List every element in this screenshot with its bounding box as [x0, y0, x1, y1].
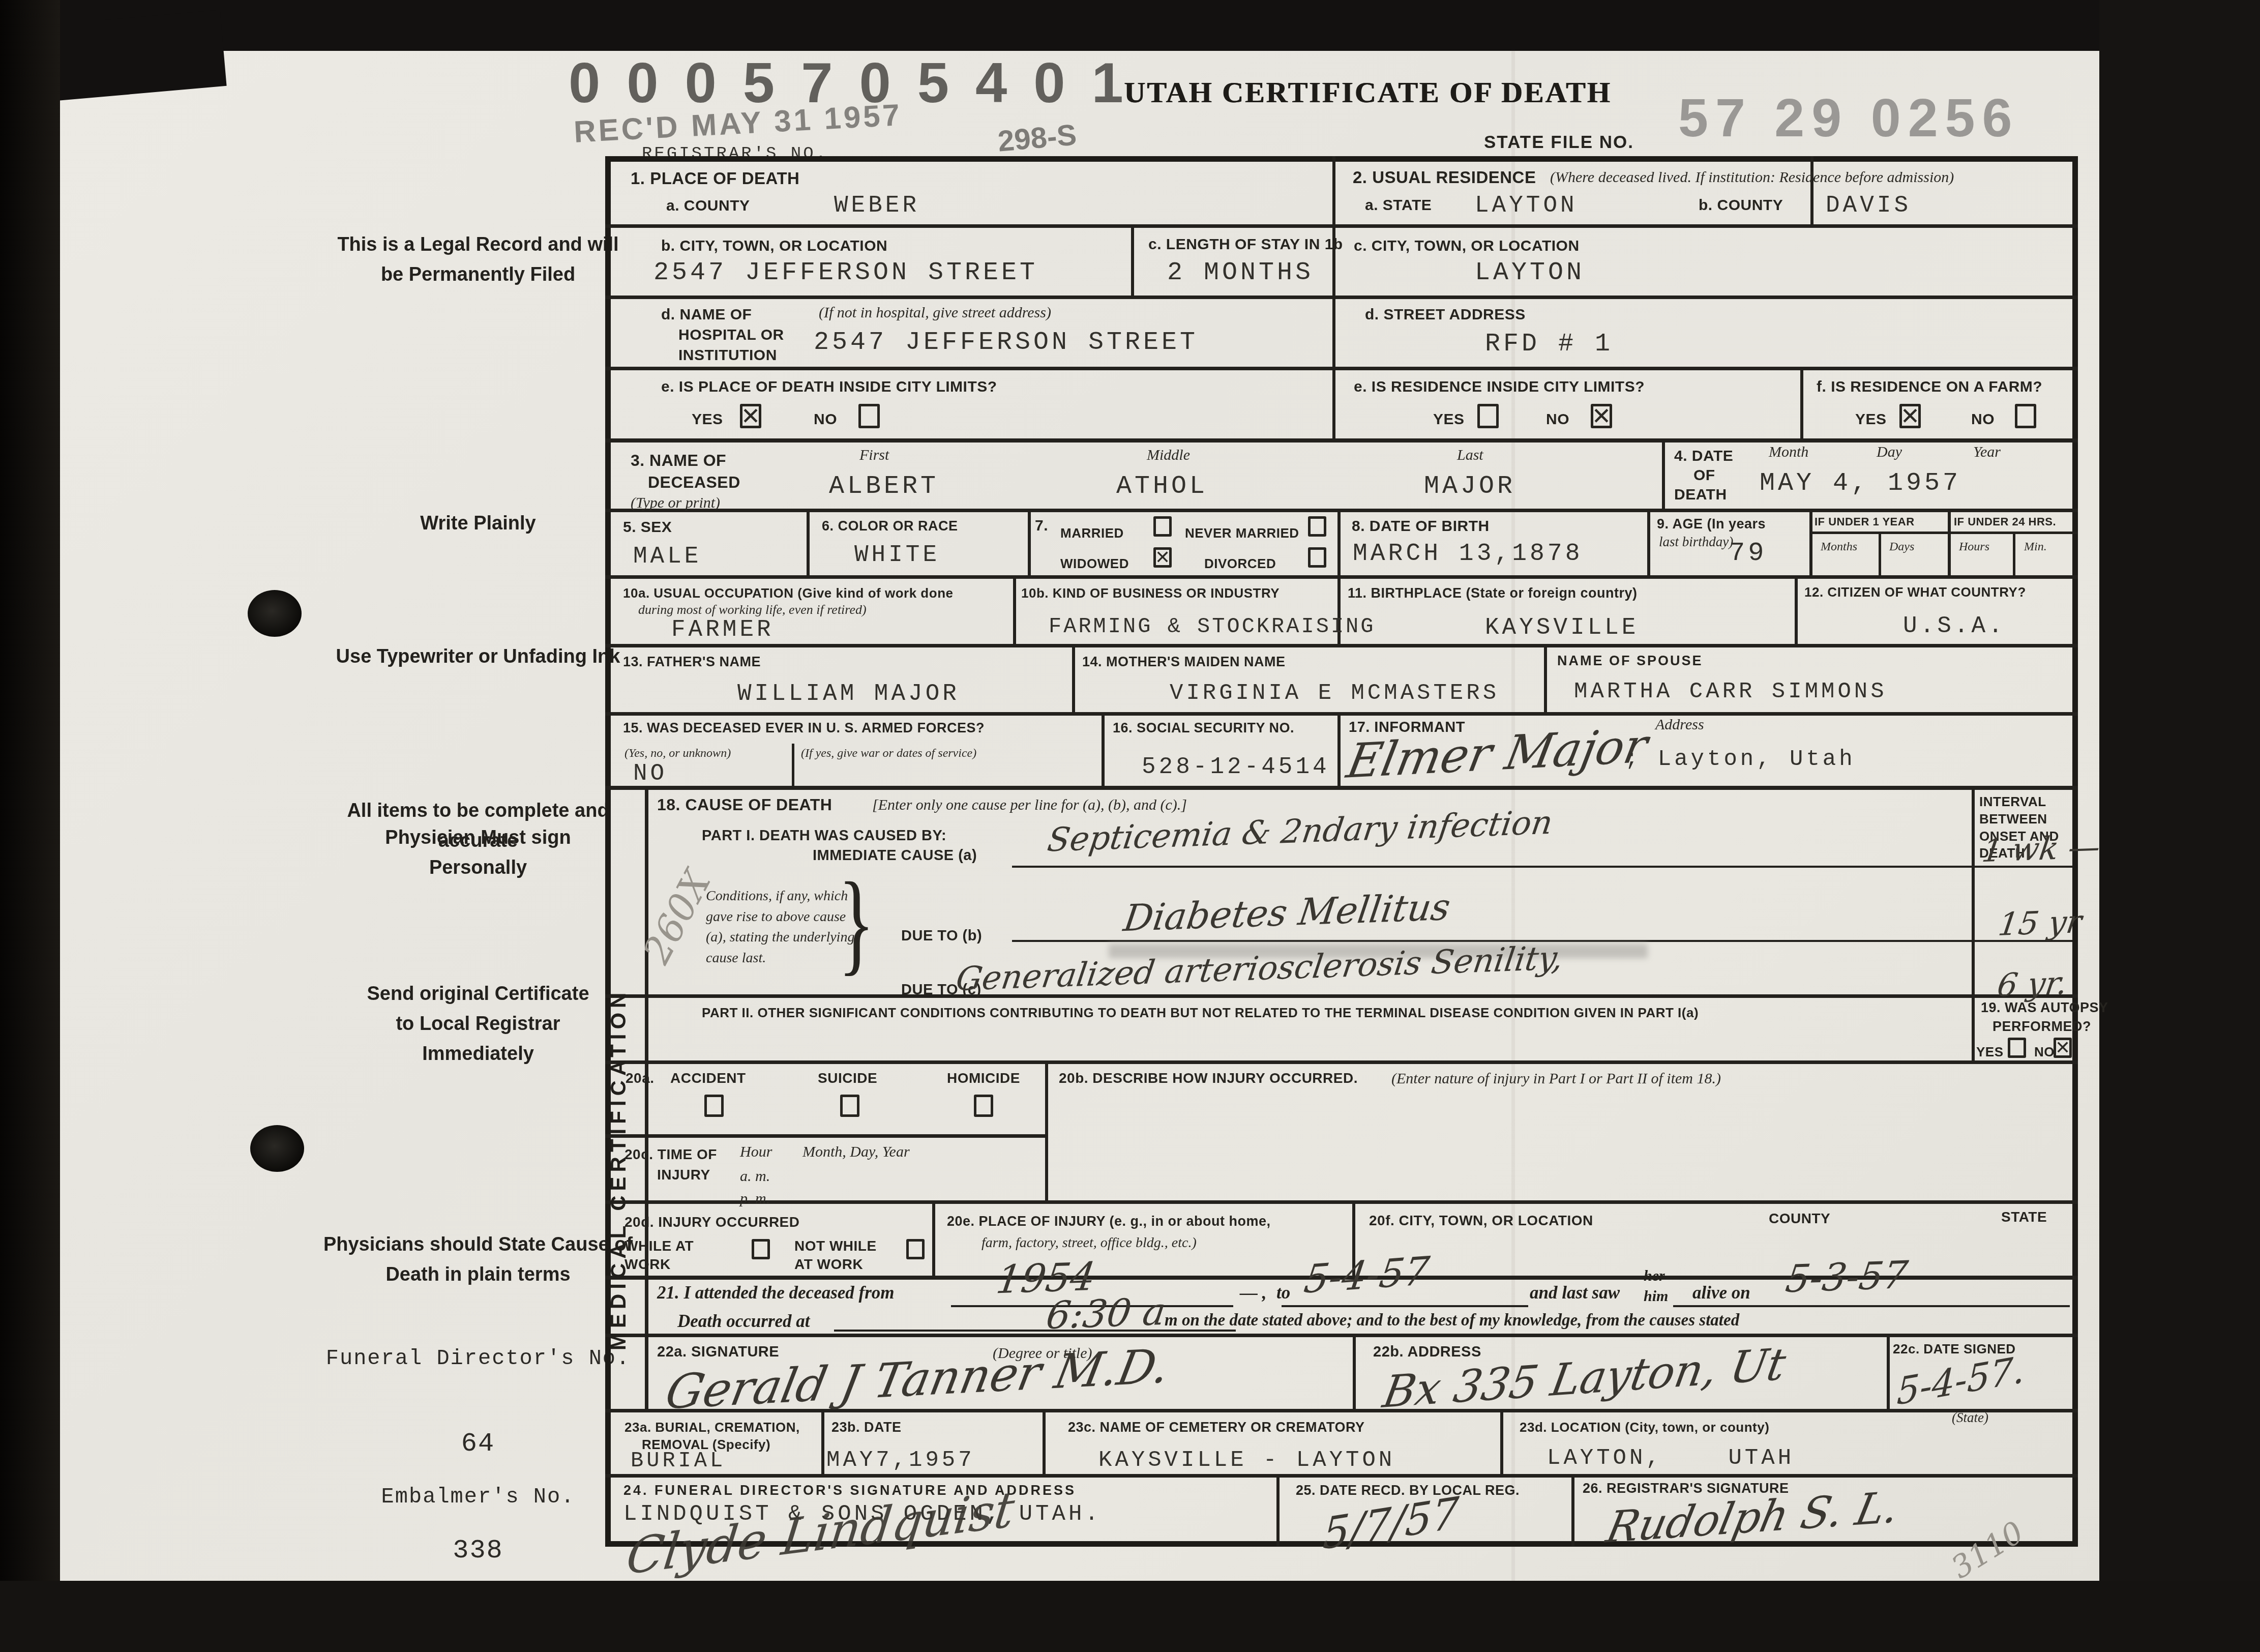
farm-label: f. IS RESIDENCE ON A FARM? — [1817, 377, 2042, 397]
hospital-label-1: d. NAME OF — [661, 305, 752, 324]
father-name-label: 13. FATHER'S NAME — [623, 654, 761, 671]
month-label: Month — [1769, 444, 1808, 461]
scanned-death-certificate: 0005705401 REC'D MAY 31 1957 298-S REGIS… — [0, 0, 2260, 1652]
divider-line — [605, 1134, 1048, 1138]
attended-to-handwriting: 5-4-57 — [1301, 1248, 1432, 1302]
first-name-label: First — [859, 447, 889, 464]
length-of-stay-label: c. LENGTH OF STAY IN 1b — [1148, 235, 1343, 254]
suicide-checkbox — [840, 1095, 859, 1117]
armed-forces-hint-2: (If yes, give war or dates of service) — [801, 747, 976, 760]
mother-name-label: 14. MOTHER'S MAIDEN NAME — [1082, 654, 1285, 671]
interval-c-handwriting: 6 yr. — [1995, 964, 2070, 1004]
burial-location-label: 23d. LOCATION (City, town, or county) — [1520, 1419, 1769, 1436]
alive-on-text: alive on — [1692, 1283, 1750, 1303]
city-value: 2547 JEFFERSON STREET — [653, 258, 1038, 287]
work-label: WORK — [625, 1255, 671, 1273]
divider-line — [1332, 156, 1335, 438]
days-label: Days — [1889, 540, 1914, 554]
state-file-number: 57 29 0256 — [1678, 87, 2019, 149]
time-of-injury-label-1: 20c. TIME OF — [625, 1145, 717, 1163]
divider-line — [605, 786, 2078, 790]
divider-line — [1887, 1334, 1890, 1409]
ssn-label: 16. SOCIAL SECURITY NO. — [1113, 720, 1294, 737]
injury-state-label: STATE — [2001, 1208, 2047, 1226]
divider-line — [1131, 224, 1134, 296]
date-of-death-label-3: DEATH — [1674, 485, 1727, 505]
film-edge-right — [2099, 0, 2260, 1652]
writing-line — [1012, 866, 2072, 868]
hospital-label-2: HOSPITAL OR — [678, 326, 784, 345]
divider-line — [1972, 786, 1975, 1060]
last-seen-date-handwriting: 5-3-57 — [1783, 1253, 1910, 1302]
due-to-b-label: DUE TO (b) — [901, 927, 982, 945]
res-no-label: NO — [1546, 410, 1569, 429]
residence-city-label: c. CITY, TOWN, OR LOCATION — [1354, 237, 1580, 256]
divider-line — [807, 509, 810, 575]
injury-occurred-label: 20b. DESCRIBE HOW INJURY OCCURRED. — [1059, 1069, 1358, 1087]
married-checkbox — [1153, 516, 1172, 537]
date-of-death-label-1: 4. DATE — [1674, 447, 1733, 466]
spouse-value: MARTHA CARR SIMMONS — [1574, 679, 1887, 704]
type-or-print-hint: (Type or print) — [631, 494, 720, 512]
divider-line — [1102, 712, 1105, 786]
injury-occurred-work-label: 20d. INJURY OCCURRED — [625, 1213, 800, 1231]
father-name-value: WILLIAM MAJOR — [737, 681, 960, 707]
usual-residence-hint: (Where deceased lived. If institution: R… — [1550, 169, 1954, 186]
divider-line — [792, 744, 794, 786]
date-of-death-label-2: OF — [1693, 466, 1715, 485]
divider-line — [605, 1334, 2078, 1337]
autopsy-no-checkbox: ✕ — [2054, 1038, 2072, 1058]
certificate-title: UTAH CERTIFICATE OF DEATH — [1124, 75, 1612, 109]
year-label: Year — [1973, 444, 2001, 461]
divider-line — [1662, 438, 1665, 509]
cause-of-death-hint: [Enter only one cause per line for (a), … — [872, 796, 1187, 814]
suicide-label: SUICIDE — [818, 1069, 877, 1087]
hour-label: Hour — [740, 1143, 772, 1161]
divider-line — [821, 1409, 824, 1474]
pod-no-label: NO — [814, 410, 837, 429]
margin-note-legal-record: This is a Legal Record and will be Perma… — [336, 230, 620, 290]
res-city-limits-label: e. IS RESIDENCE INSIDE CITY LIMITS? — [1354, 377, 1645, 397]
divider-line — [605, 509, 2078, 512]
autopsy-yes-label: YES — [1976, 1044, 2004, 1060]
street-address-value: RFD # 1 — [1485, 330, 1613, 359]
divider-line — [1544, 644, 1547, 712]
film-edge-bottom — [0, 1581, 2260, 1652]
hospital-label-3: INSTITUTION — [678, 346, 777, 365]
age-label-2: last birthday) — [1659, 534, 1733, 550]
citizen-label: 12. CITIZEN OF WHAT COUNTRY? — [1804, 584, 2026, 601]
embalmer-no-label: Embalmer's No. — [325, 1481, 631, 1513]
part1-label: PART I. DEATH WAS CAUSED BY: — [702, 827, 946, 845]
funeral-director-no-label: Funeral Director's No. — [325, 1343, 631, 1375]
divider-line — [1879, 532, 1881, 575]
length-of-stay-value: 2 MONTHS — [1167, 258, 1314, 287]
res-yes-checkbox — [1477, 404, 1499, 428]
burial-date-label: 23b. DATE — [831, 1419, 902, 1436]
while-at-label: WHILE AT — [625, 1237, 694, 1255]
divider-line — [605, 296, 2078, 299]
hospital-hint: (If not in hospital, give street address… — [819, 304, 1051, 321]
him-text: him — [1644, 1288, 1668, 1305]
residence-city-value: LAYTON — [1475, 258, 1585, 287]
residence-state-value: LAYTON — [1475, 192, 1578, 219]
cemetery-label: 23c. NAME OF CEMETERY OR CREMATORY — [1068, 1419, 1365, 1436]
street-address-label: d. STREET ADDRESS — [1365, 305, 1526, 324]
burial-label-1: 23a. BURIAL, CREMATION, — [625, 1419, 800, 1436]
death-time-handwriting: 6:30 a — [1044, 1290, 1169, 1338]
divider-line — [1810, 156, 1813, 224]
occupation-label-2: during most of working life, even if ret… — [638, 602, 867, 617]
armed-forces-hint-1: (Yes, no, or unknown) — [625, 747, 731, 760]
sex-label: 5. SEX — [623, 518, 672, 537]
divider-line — [1028, 509, 1031, 575]
divider-line — [605, 712, 2078, 716]
occupation-label-1: 10a. USUAL OCCUPATION (Give kind of work… — [623, 585, 953, 602]
accident-label: ACCIDENT — [670, 1069, 746, 1087]
film-edge-top — [0, 0, 2260, 51]
burial-date-value: MAY7,1957 — [826, 1448, 975, 1473]
date-of-birth-value: MARCH 13,1878 — [1353, 540, 1583, 568]
divider-line — [1948, 509, 1951, 575]
divider-line — [1013, 575, 1016, 644]
place-of-injury-label-1: 20e. PLACE OF INJURY (e. g., in or about… — [947, 1213, 1271, 1230]
middle-name-label: Middle — [1147, 447, 1190, 464]
conditions-brace: } — [838, 857, 875, 988]
punch-hole-top — [248, 590, 302, 637]
state-hint: (State) — [1952, 1410, 1988, 1426]
place-of-injury-label-2: farm, factory, street, office bldg., etc… — [982, 1235, 1197, 1251]
margin-note-plain-terms: Physicians should State Cause of Death i… — [305, 1230, 651, 1290]
residence-county-label: b. COUNTY — [1699, 196, 1783, 215]
autopsy-no-label: NO — [2034, 1044, 2055, 1060]
cause-of-death-title: 18. CAUSE OF DEATH — [657, 794, 832, 815]
city-label: b. CITY, TOWN, OR LOCATION — [661, 237, 887, 256]
divider-line — [1809, 532, 2077, 534]
margin-note-send-original: Send original Certificate to Local Regis… — [356, 979, 600, 1069]
farm-yes-label: YES — [1855, 410, 1887, 429]
margin-note-typewriter: Use Typewriter or Unfading Ink — [315, 642, 641, 672]
divider-line — [605, 224, 2078, 228]
medical-certification-label: MEDICAL CERTIFICATION — [606, 842, 631, 1350]
county-label: a. COUNTY — [666, 196, 750, 216]
farm-no-checkbox — [2015, 404, 2036, 428]
homicide-checkbox — [974, 1095, 993, 1117]
mother-name-value: VIRGINIA E MCMASTERS — [1170, 681, 1499, 706]
burial-value: BURIAL — [631, 1449, 726, 1473]
not-while-at-work-checkbox — [906, 1239, 925, 1259]
industry-value: FARMING & STOCKRAISING — [1049, 614, 1376, 639]
state-file-label: STATE FILE NO. — [1484, 131, 1634, 154]
cemetery-value: KAYSVILLE - LAYTON — [1098, 1448, 1395, 1473]
res-no-checkbox: ✕ — [1591, 404, 1612, 428]
divider-line — [2013, 532, 2015, 575]
under-24-hrs-label: IF UNDER 24 HRS. — [1954, 515, 2056, 529]
immediate-cause-label: IMMEDIATE CAUSE (a) — [813, 846, 977, 865]
pod-no-checkbox — [858, 404, 880, 428]
months-label: Months — [1821, 540, 1857, 554]
age-label-1: 9. AGE (In years — [1657, 516, 1766, 533]
birthplace-value: KAYSVILLE — [1485, 614, 1639, 641]
divider-line — [1043, 1409, 1046, 1474]
divider-line — [1276, 1474, 1280, 1546]
am-label: a. m. — [740, 1168, 770, 1185]
conditions-hint: Conditions, if any, which gave rise to a… — [706, 886, 858, 968]
registrar-number-value: 298-S — [996, 117, 1078, 158]
name-deceased-label-2: DECEASED — [648, 472, 740, 492]
spouse-label: NAME OF SPOUSE — [1557, 653, 1703, 670]
industry-label: 10b. KIND OF BUSINESS OR INDUSTRY — [1021, 585, 1280, 602]
farm-no-label: NO — [1971, 410, 1995, 429]
not-while-label: NOT WHILE — [794, 1237, 877, 1255]
time-of-injury-label-2: INJURY — [657, 1166, 710, 1184]
attended-text: 21. I attended the deceased from — [657, 1283, 895, 1303]
county-value: WEBER — [834, 192, 919, 219]
res-yes-label: YES — [1433, 410, 1465, 429]
interval-b-handwriting: 15 yr — [1996, 903, 2084, 943]
pod-city-limits-label: e. IS PLACE OF DEATH INSIDE CITY LIMITS? — [661, 377, 997, 397]
part2-label: PART II. OTHER SIGNIFICANT CONDITIONS CO… — [702, 1005, 1699, 1021]
divider-line — [1500, 1409, 1503, 1474]
divider-line — [1571, 1474, 1574, 1546]
divider-line — [1072, 644, 1075, 712]
ssn-value: 528-12-4514 — [1142, 754, 1330, 780]
physician-address-label: 22b. ADDRESS — [1373, 1343, 1481, 1361]
race-label: 6. COLOR OR RACE — [822, 518, 958, 535]
middle-name-value: ATHOL — [1116, 472, 1208, 501]
date-of-death-value: MAY 4, 1957 — [1760, 469, 1961, 498]
burial-location-value: LAYTON, UTAH — [1547, 1445, 1794, 1471]
min-label: Min. — [2024, 540, 2047, 554]
last-name-label: Last — [1457, 447, 1483, 464]
citizen-value: U.S.A. — [1903, 613, 2006, 639]
at-work-label: AT WORK — [794, 1255, 863, 1273]
pm-label: p. m. — [740, 1190, 770, 1207]
name-deceased-label-1: 3. NAME OF — [631, 450, 726, 470]
residence-county-value: DAVIS — [1826, 192, 1911, 219]
month-day-year-label: Month, Day, Year — [802, 1143, 910, 1161]
autopsy-label-1: 19. WAS AUTOPSY — [1981, 999, 2108, 1017]
informant-address-value: ; Layton, Utah — [1625, 747, 1856, 772]
accident-checkbox — [704, 1095, 724, 1117]
autopsy-yes-checkbox — [2008, 1038, 2026, 1058]
homicide-label: HOMICIDE — [947, 1069, 1020, 1087]
writing-line — [1282, 1305, 1528, 1307]
interval-a-handwriting: 1 wk — — [1980, 828, 2103, 869]
divider-line — [1647, 509, 1650, 575]
armed-forces-value: NO — [633, 760, 667, 787]
pod-yes-label: YES — [692, 410, 723, 429]
place-of-death-title: 1. PLACE OF DEATH — [631, 168, 799, 189]
autopsy-label-2: PERFORMED? — [1993, 1018, 2091, 1036]
divider-line — [605, 1060, 2078, 1064]
funeral-director-no-value: 64 — [325, 1424, 631, 1464]
divider-line — [1045, 1060, 1048, 1200]
married-label: MARRIED — [1060, 525, 1124, 542]
divider-line — [605, 1200, 2078, 1204]
armed-forces-label: 15. WAS DECEASED EVER IN U. S. ARMED FOR… — [623, 720, 985, 737]
divorced-checkbox — [1308, 547, 1326, 568]
widowed-label: WIDOWED — [1060, 555, 1129, 572]
divider-line — [605, 575, 2078, 579]
writing-line — [1673, 1305, 2070, 1307]
occupation-value: FARMER — [671, 616, 774, 643]
farm-yes-checkbox: ✕ — [1899, 404, 1921, 428]
signature-label: 22a. SIGNATURE — [657, 1343, 779, 1361]
divider-line — [1337, 712, 1341, 786]
widowed-checkbox: ✕ — [1153, 547, 1172, 568]
divider-line — [1795, 575, 1798, 644]
date-of-birth-label: 8. DATE OF BIRTH — [1352, 517, 1490, 536]
divider-line — [605, 994, 2078, 998]
divider-line — [605, 438, 2078, 442]
pod-yes-checkbox: ✕ — [740, 404, 761, 428]
embalmer-no-value: 338 — [325, 1531, 631, 1571]
margin-note-physician-sign: Physician Must sign Personally — [366, 823, 590, 883]
injury-occurred-hint: (Enter nature of injury in Part I or Par… — [1391, 1070, 1721, 1087]
divider-line — [645, 786, 648, 1409]
film-edge-left — [0, 0, 60, 1652]
divider-line — [605, 1474, 2078, 1478]
divider-line — [1809, 509, 1812, 575]
residence-state-label: a. STATE — [1365, 196, 1432, 215]
accident-row-number: 20a. — [626, 1069, 655, 1087]
usual-residence-title: 2. USUAL RESIDENCE — [1353, 167, 1536, 188]
never-married-checkbox — [1308, 516, 1326, 537]
divider-line — [605, 367, 2078, 370]
her-strikethrough: her — [1644, 1267, 1665, 1285]
first-name-value: ALBERT — [829, 472, 939, 501]
to-text: to — [1276, 1283, 1290, 1303]
divider-line — [1353, 1334, 1356, 1409]
dash-to-text: — , — [1240, 1283, 1267, 1303]
death-occurred-text-2: m on the date stated above; and to the b… — [1165, 1311, 1739, 1330]
injury-city-label: 20f. CITY, TOWN, OR LOCATION — [1369, 1212, 1593, 1229]
death-occurred-text: Death occurred at — [677, 1311, 810, 1332]
informant-address-label: Address — [1655, 716, 1704, 733]
last-name-value: MAJOR — [1424, 472, 1515, 501]
divorced-label: DIVORCED — [1204, 555, 1276, 572]
injury-county-label: COUNTY — [1769, 1209, 1830, 1227]
divider-line — [605, 644, 2078, 647]
divider-line — [1337, 509, 1341, 575]
race-value: WHITE — [854, 542, 940, 568]
never-married-label: NEVER MARRIED — [1185, 525, 1299, 542]
hours-label: Hours — [1959, 540, 1989, 554]
divider-line — [1800, 367, 1803, 438]
last-saw-text: and last saw — [1530, 1283, 1620, 1303]
day-label: Day — [1877, 444, 1902, 461]
divider-line — [932, 1200, 935, 1276]
sex-value: MALE — [633, 543, 701, 570]
age-value: 79 — [1729, 538, 1767, 568]
marital-number: 7. — [1035, 516, 1048, 536]
punch-hole-bottom — [250, 1125, 304, 1172]
margin-note-write-plainly: Write Plainly — [336, 509, 620, 539]
under-1-year-label: IF UNDER 1 YEAR — [1815, 515, 1915, 529]
hospital-value: 2547 JEFFERSON STREET — [814, 328, 1198, 357]
birthplace-label: 11. BIRTHPLACE (State or foreign country… — [1348, 585, 1638, 602]
while-at-work-checkbox — [752, 1239, 770, 1259]
